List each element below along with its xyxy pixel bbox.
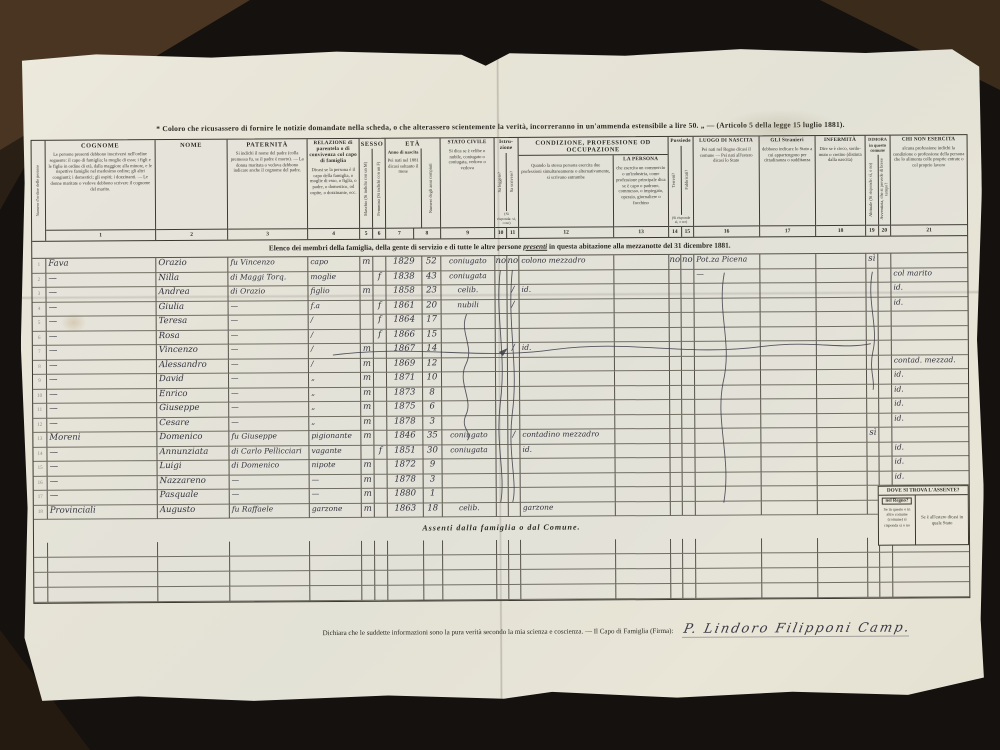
cell-cognome bbox=[48, 557, 158, 573]
cell-relazione: „ bbox=[309, 402, 361, 417]
cell-stranieri bbox=[762, 553, 818, 568]
cell-luogo-nascita bbox=[695, 370, 761, 385]
cell-terreni bbox=[670, 400, 682, 415]
cell-numero: 3 bbox=[32, 288, 46, 303]
cell-paternita: — bbox=[229, 388, 309, 403]
absent-rows bbox=[34, 537, 969, 603]
cell-dimora-avventizia bbox=[880, 553, 893, 568]
cell-stato-civile: coniugata bbox=[442, 445, 496, 460]
col-group-eta: ETÀ Anno di nascita Pei nati nel 1881 di… bbox=[386, 138, 442, 238]
cell-maschio: m bbox=[362, 460, 375, 475]
cell-cognome: Moreni bbox=[47, 432, 157, 447]
cell-nome: Enrico bbox=[157, 388, 229, 403]
cell-fabbricati bbox=[681, 284, 694, 299]
cell-numero: 1 bbox=[32, 259, 46, 274]
cell-anni: 35 bbox=[423, 430, 442, 445]
cell-terreni bbox=[670, 342, 682, 357]
cell-nome: Pasquale bbox=[158, 490, 230, 505]
cell-sa-leggere bbox=[497, 555, 509, 570]
cell-stato-civile bbox=[442, 387, 496, 402]
cell-anni: 1 bbox=[424, 488, 443, 503]
absent-in-kingdom: nel Regno? Se in questo o in altro comun… bbox=[879, 495, 917, 544]
cell-luogo-nascita bbox=[695, 399, 761, 414]
cell-fabbricati bbox=[683, 458, 696, 473]
cell-relazione: / bbox=[309, 329, 361, 344]
cell-anno-nascita: 1871 bbox=[387, 372, 423, 387]
cell-fabbricati bbox=[682, 400, 695, 415]
col-anno-nascita: Anno di nascita Pei nati nel 1881 dicasi… bbox=[386, 149, 422, 228]
cell-fabbricati bbox=[682, 342, 695, 357]
cell-cognome: — bbox=[47, 389, 157, 404]
cell-relazione bbox=[310, 556, 362, 571]
cell-la-persona bbox=[614, 284, 669, 299]
cell-femmina bbox=[374, 387, 387, 402]
cell-relazione: f.a bbox=[309, 300, 361, 315]
cell-paternita bbox=[230, 586, 310, 601]
cell-maschio bbox=[362, 556, 375, 571]
cell-relazione: / bbox=[309, 315, 361, 330]
cell-anni: 12 bbox=[423, 358, 442, 373]
cell-sa-leggere bbox=[496, 328, 508, 343]
cell-nome: Giulia bbox=[157, 301, 229, 316]
head-of-family-signature: P. Lindoro Filipponi Camp. bbox=[682, 620, 912, 637]
cell-dimora-avventizia bbox=[880, 457, 893, 472]
cell-fabbricati bbox=[682, 313, 695, 328]
cell-relazione: figlio bbox=[308, 286, 360, 301]
cell-paternita: — bbox=[230, 475, 310, 490]
cell-relazione: — bbox=[310, 474, 362, 489]
cell-paternita bbox=[230, 556, 310, 571]
cell-infermita bbox=[816, 268, 866, 283]
cell-dimora-abituale bbox=[868, 471, 880, 486]
cell-cognome bbox=[48, 542, 158, 558]
cell-terreni bbox=[671, 554, 683, 569]
cell-stranieri bbox=[762, 568, 818, 583]
cell-numero: 17 bbox=[34, 491, 48, 506]
cell-nome: Cesare bbox=[157, 417, 229, 432]
cell-femmina bbox=[375, 460, 388, 475]
cell-nome: Augusto bbox=[158, 504, 230, 519]
cell-dimora-avventizia bbox=[879, 442, 892, 457]
cell-sa-scrivere bbox=[509, 540, 521, 555]
cell-numero bbox=[34, 588, 48, 603]
cell-relazione bbox=[310, 571, 362, 586]
cell-anno-nascita bbox=[388, 570, 424, 585]
cell-stato-civile bbox=[442, 314, 496, 329]
cell-professione bbox=[521, 473, 616, 488]
cell-terreni bbox=[670, 313, 682, 328]
cell-femmina: f bbox=[374, 315, 387, 330]
cell-femmina bbox=[374, 373, 387, 388]
cell-sa-leggere bbox=[496, 299, 508, 314]
cell-dimora-avventizia bbox=[880, 568, 893, 583]
cell-infermita bbox=[818, 583, 868, 598]
cell-fabbricati bbox=[682, 414, 695, 429]
cell-nome: Andrea bbox=[156, 287, 228, 302]
cell-stranieri bbox=[761, 428, 817, 443]
cell-paternita: — bbox=[229, 344, 309, 359]
cell-stranieri bbox=[761, 312, 817, 327]
cell-anni: 8 bbox=[423, 387, 442, 402]
cell-anni: 18 bbox=[424, 503, 443, 518]
cell-numero: 10 bbox=[33, 389, 47, 404]
cell-luogo-nascita bbox=[695, 385, 761, 400]
cell-la-persona bbox=[614, 269, 669, 284]
cell-maschio: m bbox=[361, 344, 374, 359]
cell-professione bbox=[520, 357, 615, 372]
cell-cognome: — bbox=[47, 302, 157, 317]
col-stato-civile: STATO CIVILE Si dica se è celibe o nubil… bbox=[441, 138, 496, 238]
cell-sa-scrivere: / bbox=[507, 285, 519, 300]
col-numero: Numero d'ordine delle persone bbox=[32, 141, 47, 241]
cell-relazione: „ bbox=[309, 416, 361, 431]
cell-infermita bbox=[817, 341, 867, 356]
cell-terreni bbox=[670, 429, 682, 444]
cell-stranieri bbox=[762, 457, 818, 472]
cell-maschio bbox=[361, 300, 374, 315]
cell-cognome: — bbox=[47, 316, 157, 331]
cell-professione bbox=[520, 415, 615, 430]
cell-numero: 14 bbox=[33, 447, 47, 462]
cell-dimora-avventizia bbox=[879, 399, 892, 414]
cell-anno-nascita: 1838 bbox=[386, 271, 422, 286]
cell-sa-leggere bbox=[497, 459, 509, 474]
cell-cognome: Fava bbox=[46, 258, 156, 273]
cell-anno-nascita: 1864 bbox=[387, 314, 423, 329]
cell-maschio bbox=[362, 541, 375, 556]
cell-luogo-nascita bbox=[696, 553, 762, 568]
cell-cognome: — bbox=[48, 476, 158, 491]
cell-la-persona bbox=[616, 554, 671, 569]
cell-paternita: di Domenico bbox=[230, 460, 310, 475]
cell-chi-non-esercita bbox=[892, 326, 968, 341]
cell-anni: 15 bbox=[423, 329, 442, 344]
cell-anni: 3 bbox=[423, 416, 442, 431]
cell-anni bbox=[424, 570, 443, 585]
cell-luogo-nascita bbox=[695, 356, 761, 371]
cell-sa-scrivere bbox=[508, 386, 520, 401]
cell-professione bbox=[520, 386, 615, 401]
cell-stato-civile: coniugato bbox=[441, 256, 495, 271]
cell-anno-nascita: 1872 bbox=[388, 459, 424, 474]
cell-infermita bbox=[817, 413, 867, 428]
cell-la-persona bbox=[614, 255, 669, 270]
cell-sa-leggere bbox=[496, 415, 508, 430]
cell-la-persona bbox=[615, 429, 670, 444]
cell-anni: 20 bbox=[423, 300, 442, 315]
cell-professione: contadino mezzadro bbox=[520, 429, 615, 444]
cell-luogo-nascita bbox=[695, 298, 761, 313]
cell-stranieri bbox=[761, 399, 817, 414]
cell-professione: garzone bbox=[521, 502, 616, 517]
cell-relazione: „ bbox=[309, 387, 361, 402]
cell-femmina: f bbox=[373, 271, 386, 286]
cell-numero: 5 bbox=[33, 317, 47, 332]
cell-la-persona bbox=[615, 342, 670, 357]
cell-cognome: — bbox=[46, 287, 156, 302]
table-header: Numero d'ordine delle persone COGNOME Le… bbox=[32, 135, 968, 242]
cell-infermita bbox=[816, 283, 866, 298]
cell-luogo-nascita bbox=[696, 538, 762, 553]
cell-fabbricati bbox=[683, 569, 696, 584]
cell-sa-leggere bbox=[497, 540, 509, 555]
cell-dimora-abituale bbox=[867, 355, 879, 370]
cell-stranieri bbox=[762, 583, 818, 598]
cell-numero: 11 bbox=[33, 404, 47, 419]
cell-anno-nascita: 1875 bbox=[387, 401, 423, 416]
cell-paternita: — bbox=[229, 330, 309, 345]
col-dimora-avventizia: Avventizia, che si prevede di breve temp… bbox=[878, 154, 890, 225]
cell-nome: Rosa bbox=[157, 330, 229, 345]
col-group-sesso: SESSO Maschio (Si indichi con un M) Femm… bbox=[360, 139, 387, 239]
col-relazione: RELAZIONE di parentela o di convivenza c… bbox=[308, 139, 361, 239]
cell-numero: 8 bbox=[33, 360, 47, 375]
cell-anno-nascita: 1869 bbox=[387, 358, 423, 373]
cell-anni: 23 bbox=[422, 285, 441, 300]
cell-stato-civile bbox=[442, 343, 496, 358]
cell-infermita bbox=[817, 384, 867, 399]
cell-luogo-nascita: Pot.za Picena bbox=[694, 254, 760, 269]
cell-cognome bbox=[48, 572, 158, 588]
col-dimora-abituale: Abituale (Si risponde: sì, o no) bbox=[866, 154, 879, 225]
cell-la-persona bbox=[615, 443, 670, 458]
cell-la-persona bbox=[616, 569, 671, 584]
cell-maschio bbox=[362, 571, 375, 586]
cell-terreni bbox=[671, 569, 683, 584]
cell-cognome: — bbox=[47, 418, 157, 433]
cell-anno-nascita bbox=[388, 540, 424, 555]
cell-dimora-abituale bbox=[867, 297, 879, 312]
cell-la-persona bbox=[615, 356, 670, 371]
cell-fabbricati: no bbox=[681, 255, 694, 270]
cell-sa-scrivere bbox=[508, 357, 520, 372]
cell-maschio: m bbox=[361, 416, 374, 431]
cell-anni: 43 bbox=[422, 271, 441, 286]
cell-stato-civile bbox=[442, 329, 496, 344]
cell-maschio bbox=[361, 445, 374, 460]
cell-infermita bbox=[817, 428, 867, 443]
cell-fabbricati bbox=[683, 501, 696, 516]
cell-dimora-avventizia bbox=[880, 471, 893, 486]
cell-fabbricati bbox=[682, 356, 695, 371]
cell-anno-nascita: 1880 bbox=[388, 488, 424, 503]
cell-professione bbox=[520, 313, 615, 328]
cell-numero: 15 bbox=[34, 462, 48, 477]
cell-chi-non-esercita bbox=[893, 567, 969, 582]
cell-anni: 14 bbox=[423, 343, 442, 358]
cell-chi-non-esercita bbox=[891, 253, 967, 268]
cell-dimora-abituale bbox=[867, 370, 879, 385]
cell-professione bbox=[520, 328, 615, 343]
cell-relazione: — bbox=[310, 489, 362, 504]
cell-stato-civile bbox=[443, 488, 497, 503]
cell-terreni bbox=[669, 269, 681, 284]
cell-paternita: — bbox=[229, 301, 309, 316]
cell-infermita bbox=[818, 457, 868, 472]
cell-anno-nascita: 1858 bbox=[386, 285, 422, 300]
cell-sa-leggere bbox=[496, 444, 508, 459]
cell-paternita: — bbox=[229, 359, 309, 374]
cell-relazione: nipote bbox=[310, 460, 362, 475]
cell-anni: 9 bbox=[424, 459, 443, 474]
cell-infermita bbox=[817, 326, 867, 341]
cell-nome: Vincenzo bbox=[157, 345, 229, 360]
cell-stranieri bbox=[761, 298, 817, 313]
cell-infermita bbox=[818, 486, 868, 501]
cell-terreni bbox=[670, 443, 682, 458]
cell-terreni: no bbox=[669, 255, 681, 270]
cell-femmina bbox=[375, 489, 388, 504]
cell-professione bbox=[520, 299, 615, 314]
cell-dimora-abituale bbox=[866, 283, 878, 298]
cell-terreni bbox=[671, 584, 683, 599]
cell-sa-scrivere: / bbox=[508, 430, 520, 445]
cell-sa-scrivere bbox=[508, 415, 520, 430]
cell-infermita bbox=[818, 500, 868, 515]
cell-chi-non-esercita: col marito bbox=[891, 268, 967, 283]
cell-maschio bbox=[361, 315, 374, 330]
cell-anno-nascita: 1851 bbox=[387, 445, 423, 460]
cell-la-persona bbox=[615, 400, 670, 415]
table-body: 1 Fava Orazio fu Vincenzo capo m 1829 52… bbox=[32, 253, 969, 520]
cell-dimora-avventizia bbox=[879, 413, 892, 428]
cell-stranieri bbox=[762, 538, 818, 553]
col-femmina: Femmina (Si indichi con un F) bbox=[373, 149, 385, 228]
cell-numero bbox=[34, 543, 48, 558]
cell-fabbricati bbox=[682, 429, 695, 444]
cell-professione bbox=[521, 569, 616, 585]
cell-dimora-avventizia bbox=[879, 428, 892, 443]
cell-la-persona bbox=[616, 584, 671, 599]
cell-paternita: — bbox=[229, 417, 309, 432]
absent-abroad: Se è all'estero dicasi in quale Stato bbox=[916, 495, 968, 544]
cell-stranieri bbox=[761, 356, 817, 371]
cell-femmina bbox=[375, 503, 388, 518]
cell-stato-civile bbox=[443, 570, 497, 585]
cell-sa-leggere bbox=[497, 585, 509, 600]
cell-sa-scrivere bbox=[509, 459, 521, 474]
cell-anno-nascita: 1863 bbox=[388, 503, 424, 518]
cell-luogo-nascita bbox=[696, 501, 762, 516]
cell-stato-civile: celib. bbox=[441, 285, 495, 300]
cell-dimora-abituale bbox=[867, 312, 879, 327]
declaration-line: Dichiara che le suddette informazioni so… bbox=[323, 620, 977, 640]
cell-femmina bbox=[374, 431, 387, 446]
cell-anni: 52 bbox=[422, 256, 441, 271]
cell-sa-scrivere bbox=[509, 555, 521, 570]
cell-nome bbox=[158, 542, 230, 557]
cell-dimora-abituale bbox=[868, 583, 880, 598]
cell-terreni bbox=[671, 539, 683, 554]
cell-la-persona bbox=[615, 313, 670, 328]
cell-dimora-abituale bbox=[867, 399, 879, 414]
cell-stranieri bbox=[762, 501, 818, 516]
cell-nome bbox=[158, 557, 230, 572]
cell-dimora-abituale bbox=[867, 341, 879, 356]
cell-numero: 2 bbox=[32, 273, 46, 288]
cell-paternita: — bbox=[230, 489, 310, 504]
cell-luogo-nascita bbox=[695, 443, 761, 458]
cell-sa-scrivere: / bbox=[508, 299, 520, 314]
cell-sa-scrivere bbox=[508, 444, 520, 459]
cell-la-persona bbox=[616, 487, 671, 502]
cell-infermita bbox=[817, 297, 867, 312]
cell-professione bbox=[521, 458, 616, 473]
cell-la-persona bbox=[615, 414, 670, 429]
cell-fabbricati bbox=[683, 554, 696, 569]
cell-la-persona bbox=[615, 385, 670, 400]
cell-chi-non-esercita: contad. mezzad. bbox=[892, 355, 968, 370]
cell-dimora-abituale bbox=[868, 553, 880, 568]
cell-relazione: capo bbox=[308, 257, 360, 272]
cell-nome: Nilla bbox=[156, 272, 228, 287]
cell-sa-scrivere bbox=[509, 473, 521, 488]
cell-maschio: m bbox=[361, 431, 374, 446]
cell-sa-leggere bbox=[496, 386, 508, 401]
cell-paternita: di Carlo Pellicciari bbox=[229, 446, 309, 461]
cell-sa-leggere bbox=[495, 270, 507, 285]
cell-professione: id. bbox=[520, 444, 615, 459]
cell-luogo-nascita bbox=[695, 341, 761, 356]
cell-fabbricati bbox=[682, 385, 695, 400]
cell-relazione: vagante bbox=[309, 445, 361, 460]
cell-femmina bbox=[375, 586, 388, 601]
cell-stranieri bbox=[761, 385, 817, 400]
cell-maschio: m bbox=[362, 489, 375, 504]
cell-dimora-avventizia bbox=[878, 268, 891, 283]
cell-dimora-avventizia bbox=[879, 297, 892, 312]
cell-stato-civile bbox=[443, 540, 497, 555]
cell-infermita bbox=[818, 553, 868, 568]
cell-infermita bbox=[817, 399, 867, 414]
cell-paternita bbox=[230, 571, 310, 586]
cell-numero: 4 bbox=[33, 302, 47, 317]
cell-fabbricati bbox=[683, 487, 696, 502]
cell-chi-non-esercita: id. bbox=[892, 442, 968, 457]
cell-dimora-avventizia bbox=[878, 283, 891, 298]
cell-dimora-abituale bbox=[867, 326, 879, 341]
cell-sa-scrivere bbox=[508, 328, 520, 343]
cell-nome: David bbox=[157, 374, 229, 389]
cell-luogo-nascita bbox=[696, 568, 762, 583]
cell-stato-civile bbox=[442, 416, 496, 431]
cell-sa-scrivere bbox=[509, 570, 521, 585]
cell-chi-non-esercita: id. bbox=[892, 413, 968, 428]
cell-dimora-abituale bbox=[866, 268, 878, 283]
cell-cognome: — bbox=[48, 461, 158, 476]
cell-nome: Giuseppe bbox=[157, 403, 229, 418]
cell-terreni bbox=[671, 458, 683, 473]
cell-cognome bbox=[48, 587, 158, 603]
cell-dimora-avventizia bbox=[878, 254, 891, 269]
cell-stranieri bbox=[761, 327, 817, 342]
cell-dimora-avventizia bbox=[879, 384, 892, 399]
cell-paternita bbox=[230, 541, 310, 556]
cell-professione bbox=[520, 400, 615, 415]
cell-professione bbox=[521, 554, 616, 570]
cell-numero bbox=[34, 573, 48, 588]
cell-femmina: f bbox=[374, 300, 387, 315]
cell-relazione: „ bbox=[309, 373, 361, 388]
cell-sa-scrivere bbox=[509, 502, 521, 517]
absent-location-box: DOVE SI TROVA L'ASSENTE? nel Regno? Se i… bbox=[878, 485, 969, 546]
cell-dimora-abituale bbox=[868, 568, 880, 583]
cell-stato-civile bbox=[442, 358, 496, 373]
cell-stato-civile: coniugata bbox=[441, 271, 495, 286]
cell-fabbricati bbox=[683, 584, 696, 599]
cell-numero: 13 bbox=[33, 433, 47, 448]
cell-chi-non-esercita bbox=[892, 311, 968, 326]
